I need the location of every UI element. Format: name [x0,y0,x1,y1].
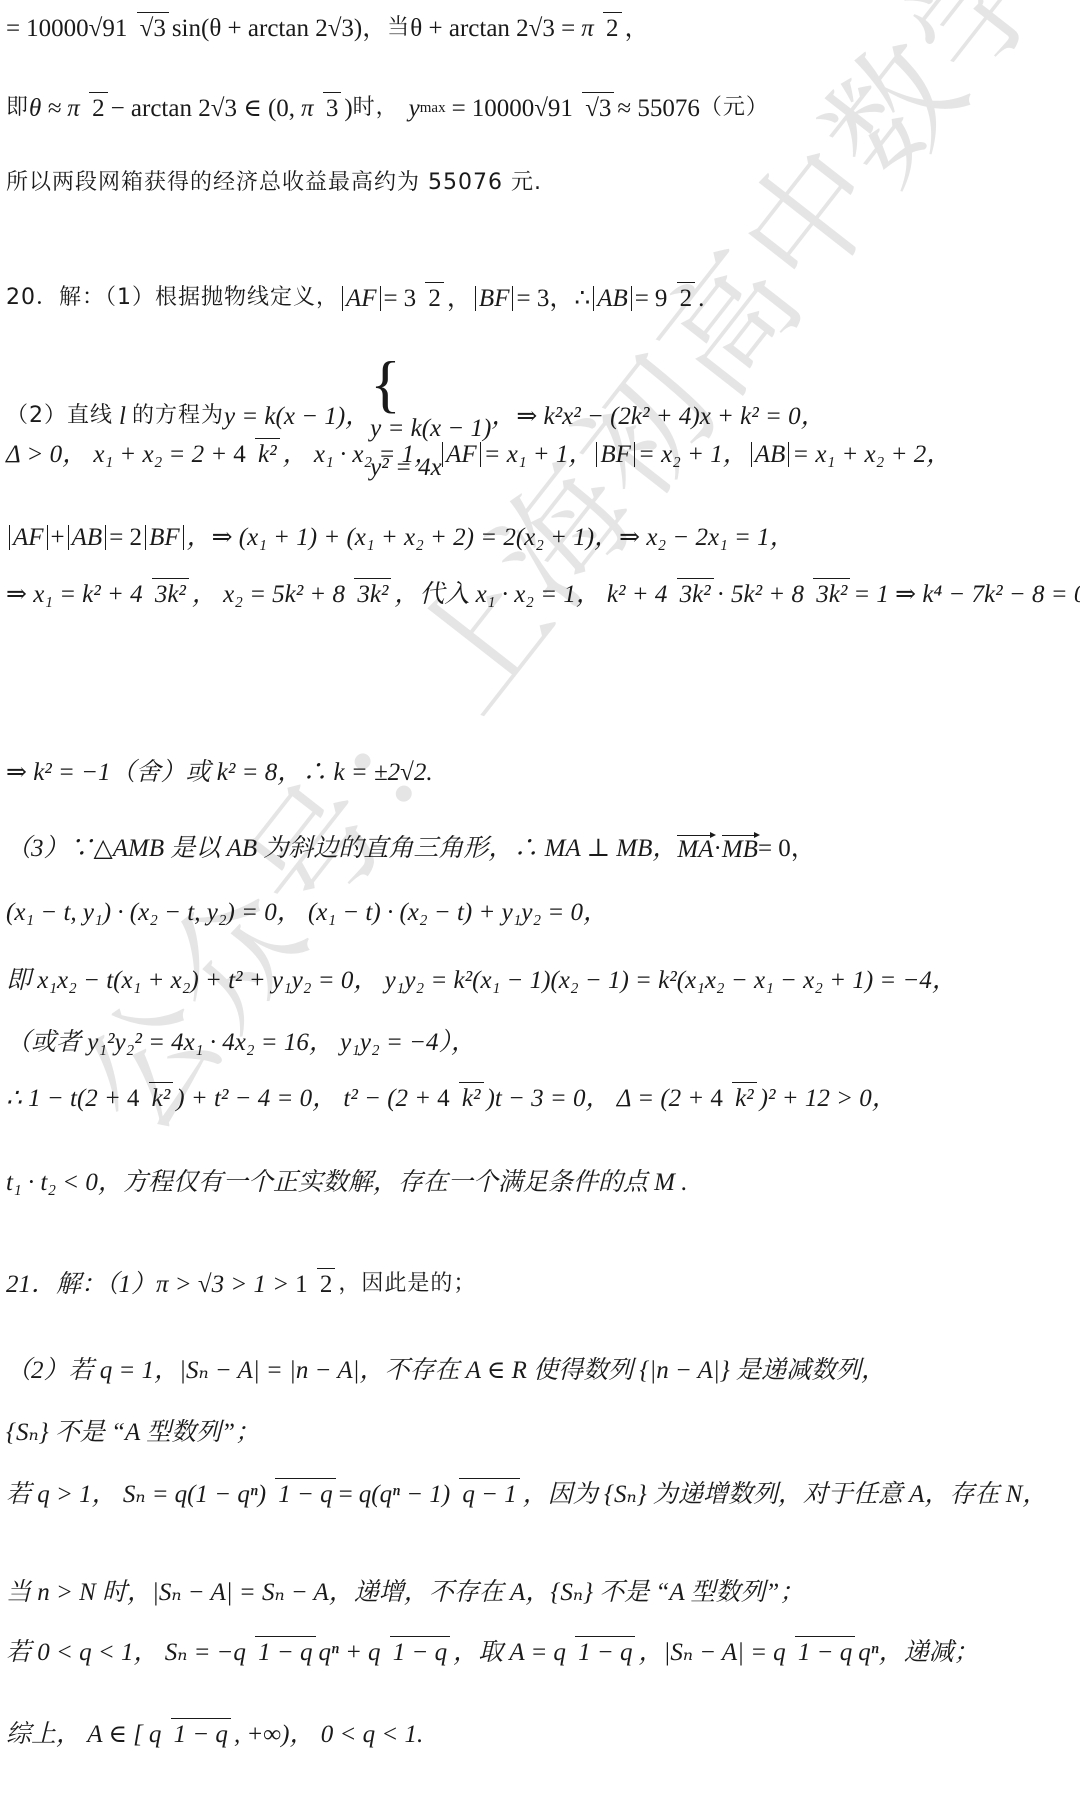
text: θ + arctan 2√3 = [410,16,575,41]
den: 2 [603,12,622,41]
den: 2 [89,92,108,121]
p20-q3-line2: (x₁ − t, y₁) · (x₂ − t, y₂) = 0， (x₁ − t… [6,900,608,925]
text: y [409,96,420,121]
p20-q3-line1: （3）∵△AMB 是以 AB 为斜边的直角三角形，∴ MA ⊥ MB， MA ·… [6,835,816,862]
fraction: 5k² + 8 3k² [728,578,850,610]
p21-q2-line1: （2）若 q = 1，|Sₙ − A| = |n − A|，不存在 A ∈ R … [6,1358,886,1383]
p21-q2-line2: {Sₙ} 不是 “A 型数列”； [6,1420,260,1445]
text: + [51,525,65,550]
text: = x₁ + 1， [484,442,594,467]
num: q [365,1640,384,1668]
fraction: 9 2 [652,282,695,314]
text: ≈ 55076 [617,96,699,121]
abs: BF [475,286,514,311]
num: q [550,1640,569,1668]
num: k² + 4 [79,582,145,610]
text: , +∞)， 0 < q < 1. [234,1722,423,1747]
text: Δ > 0， x₁ + x₂ = 2 + [6,442,227,467]
text: ， x₁ · x₂ = 1， [283,442,439,467]
fraction: 10000√91 √3 [23,12,169,44]
den: 3k² [354,578,391,607]
num: 4 [707,1086,726,1114]
p20-q2-line2: Δ > 0， x₁ + x₂ = 2 + 4 k² ， x₁ · x₂ = 1，… [6,438,951,470]
den: 3k² [813,578,850,607]
text: （2）直线 [6,405,113,427]
text: )t − 3 = 0， Δ = (2 + [487,1086,705,1111]
den: k² [459,1082,484,1111]
den: k² [149,1082,174,1111]
text: 20．解：（1）根据抛物线定义， [6,287,339,309]
fraction: 4 k² [707,1082,756,1114]
den: k² [732,1082,757,1111]
num: q [770,1640,789,1668]
fraction: −q 1 − q [214,1636,316,1668]
text: sin(θ + arctan 2√3)， [172,16,387,41]
text: ) [344,96,352,121]
num: q [146,1722,165,1750]
text: ， [625,16,650,41]
den: 3k² [152,578,189,607]
num: 1 [292,1272,311,1300]
den: 1 − q [390,1636,450,1665]
p21-q1: 21．解：（1）π > √3 > 1 > 1 2 ，因此是的； [6,1268,476,1300]
fraction: π 2 [578,12,621,44]
fraction: π 2 [64,92,107,124]
num: 9 [652,286,671,314]
subscript: max [420,101,446,116]
p21-q2-line6: 综上， A ∈ [ q 1 − q , +∞)， 0 < q < 1. [6,1718,423,1750]
den: 2 [425,282,444,311]
text: = [339,1482,353,1507]
num: 10000√91 [23,16,130,44]
text: ，⇒ k²x² − (2k² + 4)x + k² = 0， [491,404,825,429]
fraction: 1 2 [292,1268,335,1300]
text: l [119,404,126,429]
p20-q3-line5: ∴ 1 − t(2 + 4 k² ) + t² − 4 = 0， t² − (2… [6,1082,897,1114]
fraction: q 1 − q [550,1636,635,1668]
num: 3 [401,286,420,314]
text: qⁿ，递减； [858,1640,978,1665]
text: = 3， [516,286,574,311]
num: 4 [434,1086,453,1114]
num: π [298,96,317,124]
p20-q1: 20．解：（1）根据抛物线定义， AF = 3 2 ， BF = 3， ∴ AB… [6,282,704,314]
p19-line2: 即 θ ≈ π 2 − arctan 2√3 ∈ (0, π 3 ) 时， ym… [6,92,769,124]
num: 5k² + 8 [269,582,348,610]
vector: MA [677,835,713,862]
text: θ ≈ [29,96,61,121]
text: − arctan 2√3 ∈ (0, [111,96,295,121]
text: 即 [6,97,29,119]
p20-q2-line3: AF + AB = 2 BF ，⇒ (x₁ + 1) + (x₁ + x₂ + … [6,525,795,550]
den: 3 [323,92,342,121]
text: · [714,836,722,861]
fraction: 10000√91 √3 [469,92,615,124]
text: 若 0 < q < 1， Sₙ = [6,1640,211,1665]
text: 若 q > 1， Sₙ = [6,1482,169,1507]
den: 1 − q [275,1478,335,1507]
fraction: q 1 − q [365,1636,450,1668]
text: = x₂ + 1， [638,442,748,467]
text: ，取 A = [453,1640,547,1665]
fraction: q 1 − q [770,1636,855,1668]
text: ， x₂ = [192,582,266,607]
text: ，⇒ (x₁ + 1) + (x₁ + x₂ + 2) = 2(x₂ + 1)，… [187,525,795,550]
fraction: q(qⁿ − 1) q − 1 [356,1478,520,1510]
den: k² [255,438,280,467]
text: · [717,582,725,607]
num: π [578,16,597,44]
p19-line3: 所以两段网箱获得的经济总收益最高约为 55076 元. [6,172,542,194]
fraction: 5k² + 8 3k² [269,578,391,610]
den: 3k² [677,578,714,607]
p21-q2-line3: 若 q > 1， Sₙ = q(1 − qⁿ) 1 − q = q(qⁿ − 1… [6,1478,1047,1510]
abs: BF [596,442,635,467]
den: q − 1 [459,1478,519,1507]
fraction: 3 2 [401,282,444,314]
den: 2 [677,282,696,311]
text: ，因此是的； [338,1273,476,1295]
den: 1 − q [171,1718,231,1747]
brace: { [370,352,401,416]
num: −q [214,1640,249,1668]
text: 的方程为 [132,405,224,427]
fraction: 4 k² [230,438,279,470]
text: = 2 [109,525,142,550]
abs: AB [593,286,632,311]
text: ) + t² − 4 = 0， t² − (2 + [176,1086,431,1111]
fraction: 4 k² [124,1082,173,1114]
text: （3）∵△AMB 是以 AB 为斜边的直角三角形，∴ MA ⊥ MB， [6,836,677,861]
abs: AF [442,442,481,467]
den: √3 [137,12,169,41]
text: . [698,286,704,311]
num: k² + 4 [604,582,670,610]
fraction: q 1 − q [146,1718,231,1750]
abs: AB [751,442,790,467]
p19-line1: = 10000√91 √3 sin(θ + arctan 2√3)， 当 θ +… [6,12,650,44]
text: qⁿ + [319,1640,363,1665]
text: ∴ 1 − t(2 + [6,1086,121,1111]
text: ⇒ x₁ = [6,582,76,607]
p20-q2-line5: ⇒ k² = −1（舍）或 k² = 8，∴ k = ±2√2. [6,760,433,785]
p21-q2-line5: 若 0 < q < 1， Sₙ = −q 1 − q qⁿ + q 1 − q … [6,1636,979,1668]
den: 1 − q [795,1636,855,1665]
text: ，因为 {Sₙ} 为递增数列，对于任意 A，存在 N， [523,1482,1048,1507]
abs: BF [145,525,184,550]
fraction: k² + 4 3k² [79,578,189,610]
fraction: π 3 [298,92,341,124]
fraction: k² + 4 3k² [604,578,714,610]
text: 当 [387,17,410,39]
abs: AF [342,286,381,311]
num: q(1 − qⁿ) [172,1482,269,1510]
num: q(qⁿ − 1) [356,1482,453,1510]
text: 时， [353,97,399,119]
fraction: q(1 − qⁿ) 1 − q [172,1478,336,1510]
num: 10000√91 [469,96,576,124]
num: 5k² + 8 [728,582,807,610]
abs: AF [9,525,48,550]
p20-q2-line4: ⇒ x₁ = k² + 4 3k² ， x₂ = 5k² + 8 3k² ，代入… [6,578,1080,610]
text: 综上， A ∈ [ [6,1722,143,1747]
p20-q3-line4: （或者 y₁²y₂² = 4x₁ · 4x₂ = 16， y₁y₂ = −4）， [6,1030,476,1055]
text: （元） [700,97,769,119]
vector: MB [722,835,758,862]
text: = [452,96,466,121]
num: 4 [124,1086,143,1114]
p20-q3-line6: t₁ · t₂ < 0，方程仅有一个正实数解，存在一个满足条件的点 M . [6,1170,687,1195]
den: 1 − q [575,1636,635,1665]
num: π [64,96,83,124]
text: )² + 12 > 0， [760,1086,897,1111]
p21-q2-line4: 当 n > N 时，|Sₙ − A| = Sₙ − A，递增，不存在 A，{Sₙ… [6,1580,804,1605]
fraction: 4 k² [434,1082,483,1114]
den: 2 [317,1268,336,1297]
text: ∴ [574,286,590,311]
text: ，|Sₙ − A| = [638,1640,767,1665]
num: 4 [230,442,249,470]
text: y = k(x − 1)， [224,404,370,429]
den: √3 [582,92,614,121]
p20-q3-line3: 即 x₁x₂ − t(x₁ + x₂) + t² + y₁y₂ = 0， y₁y… [6,968,957,993]
text: = [6,16,20,41]
text: = 0， [758,836,816,861]
text: 21．解：（1）π > √3 > 1 > [6,1272,289,1297]
den: 1 − q [255,1636,315,1665]
text: ，代入 x₁ · x₂ = 1， [394,582,600,607]
abs: AB [68,525,107,550]
text: = 1 ⇒ k⁴ − 7k² − 8 = 0， [853,582,1080,607]
text: = x₁ + x₂ + 2， [792,442,951,467]
